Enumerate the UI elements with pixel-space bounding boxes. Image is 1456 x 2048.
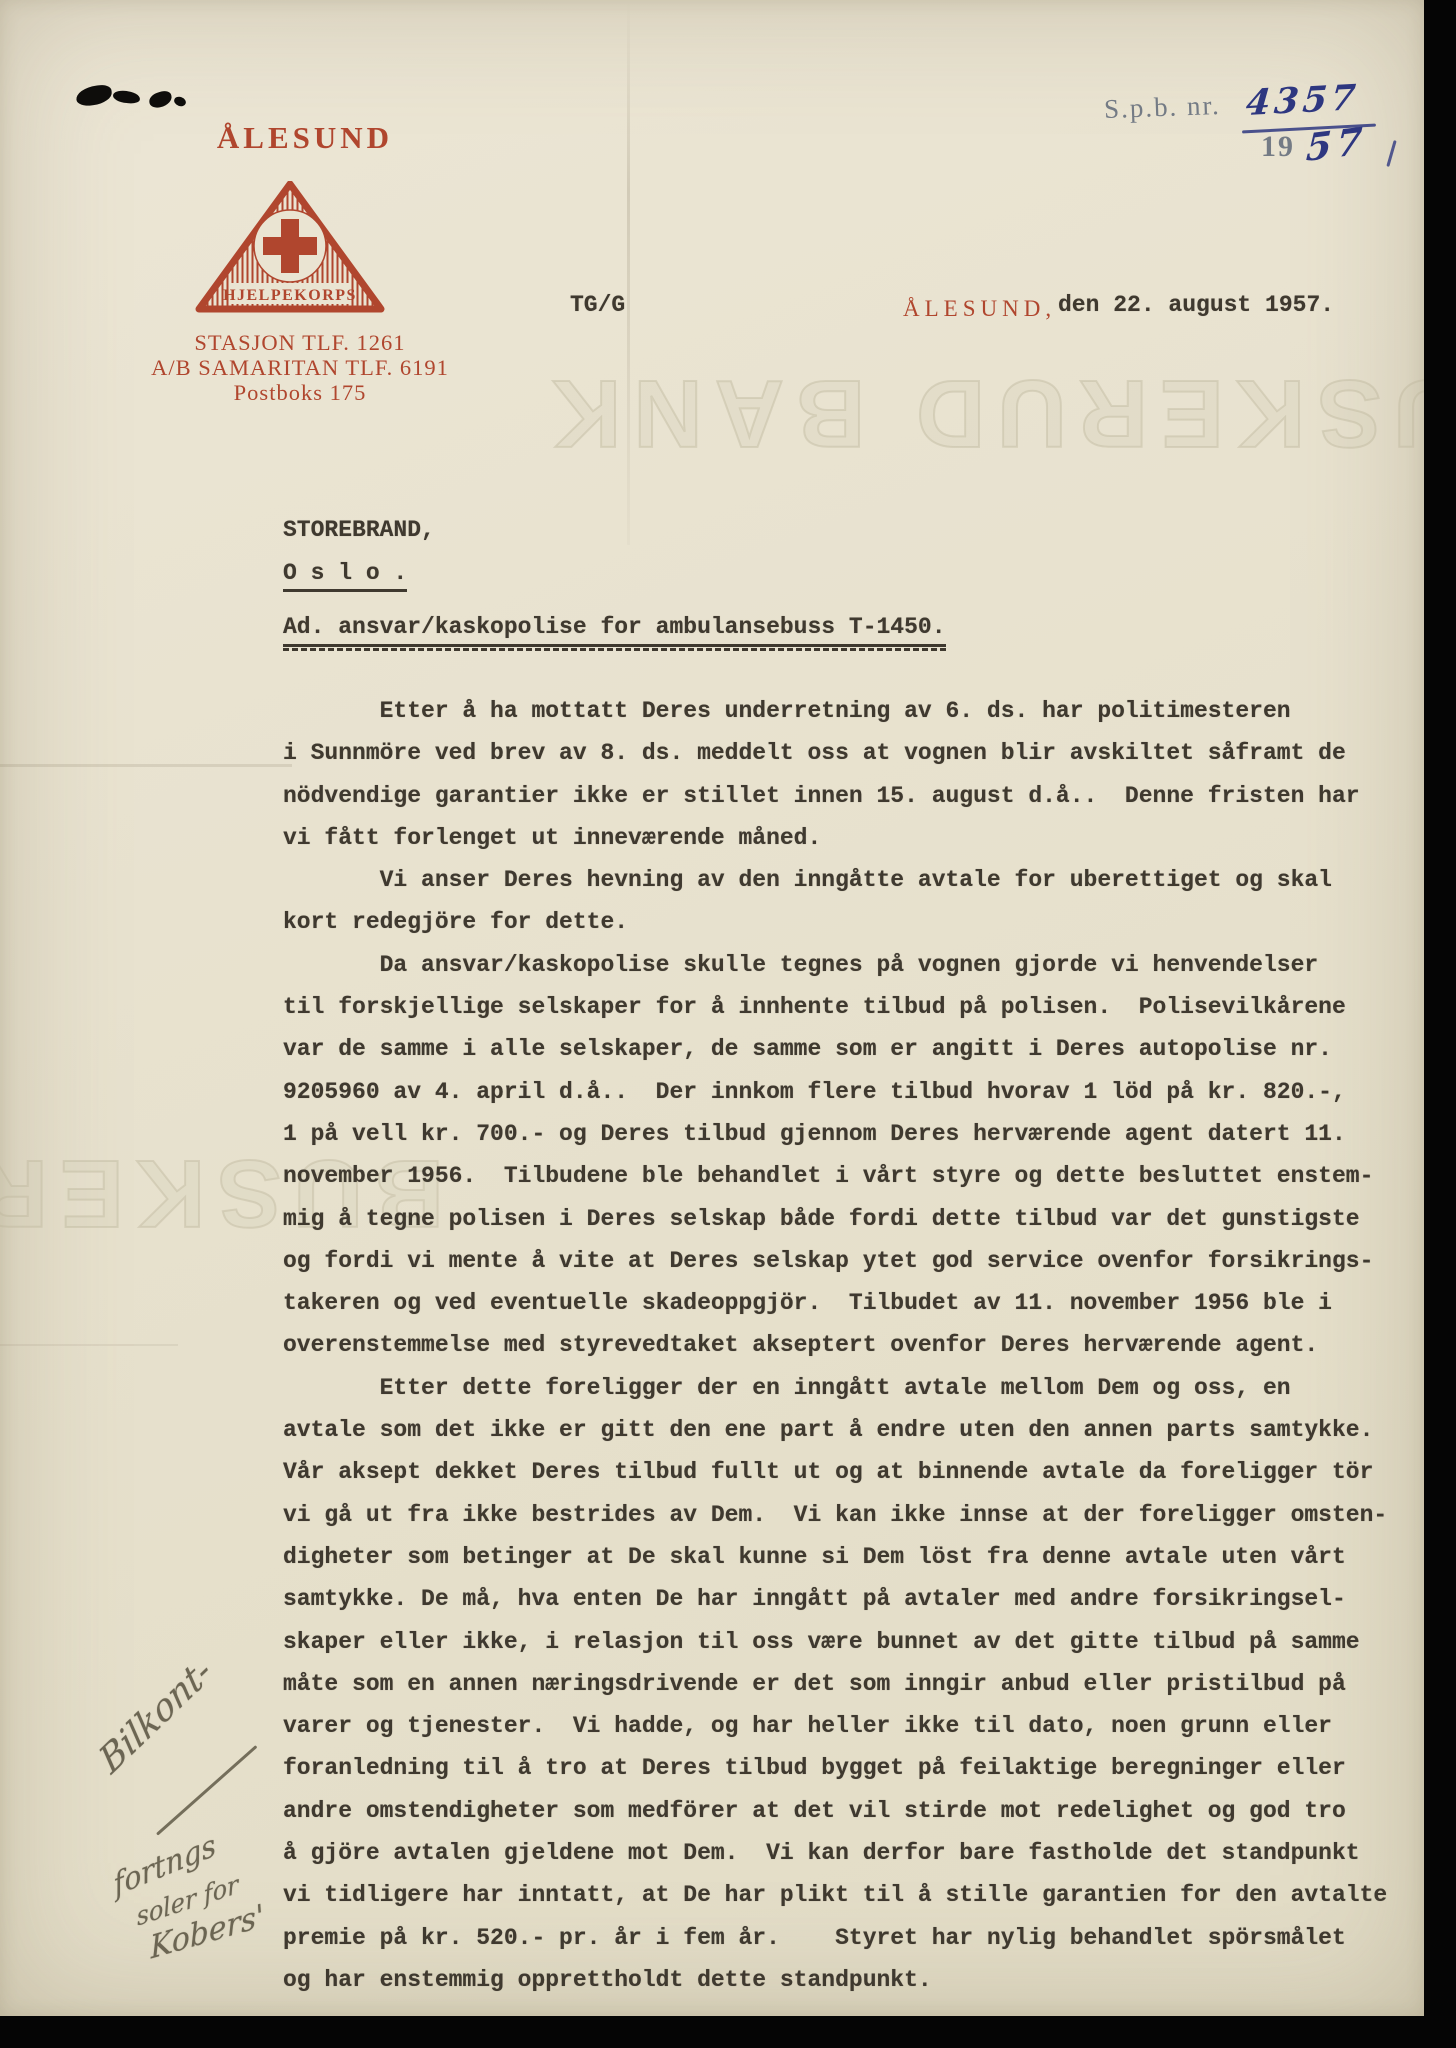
pencil-slash-mark — [156, 1745, 257, 1836]
archive-year-handwritten: 57 — [1305, 118, 1368, 170]
pen-stroke — [1386, 140, 1396, 167]
letter-body: Etter å ha mottatt Deres underretning av… — [283, 690, 1387, 2001]
vertical-fold-crease — [627, 0, 630, 545]
archive-year-stamp: 19 — [1261, 130, 1295, 164]
logo-text: HJELPEKORPS — [223, 287, 357, 304]
red-cross-hjelpekorps-logo: HJELPEKORPS — [195, 181, 385, 313]
bleedthrough-watermark-top: BUSKERUD BANK — [540, 358, 1424, 468]
margin-note-handwritten: Bilkont- — [93, 1649, 219, 1783]
horizontal-fold-crease-2 — [0, 1344, 178, 1346]
reference-initials: TG/G — [570, 292, 625, 318]
dateline-place: ÅLESUND, — [903, 296, 1056, 322]
archive-stamp-label: S.p.b. nr. — [1103, 90, 1221, 125]
letterhead-contact-block: STASJON TLF. 1261 A/B SAMARITAN TLF. 619… — [128, 330, 472, 405]
subject-line: Ad. ansvar/kaskopolise for ambulansebuss… — [283, 614, 946, 647]
archive-number-handwritten: 4357 — [1244, 77, 1361, 124]
torn-edge-mark — [75, 84, 113, 108]
dateline-date: den 22. august 1957. — [1058, 292, 1334, 318]
recipient-city: O s l o . — [283, 560, 407, 592]
letter-page: BUSKERUD BANK BUSKERUD BANK ÅLESUND — [0, 0, 1424, 2016]
letterhead-city-title: ÅLESUND — [160, 120, 450, 156]
letterhead-station-line: STASJON TLF. 1261 — [128, 330, 472, 355]
scanned-letter-background: BUSKERUD BANK BUSKERUD BANK ÅLESUND — [0, 0, 1456, 2048]
recipient-name: STOREBRAND, — [283, 517, 435, 543]
horizontal-fold-crease — [0, 764, 292, 767]
torn-edge-mark — [148, 89, 174, 109]
torn-edge-mark — [113, 90, 141, 104]
letterhead-samaritan-line: A/B SAMARITAN TLF. 6191 — [128, 355, 472, 380]
letterhead-postbox-line: Postboks 175 — [128, 380, 472, 405]
torn-edge-mark — [173, 95, 187, 108]
